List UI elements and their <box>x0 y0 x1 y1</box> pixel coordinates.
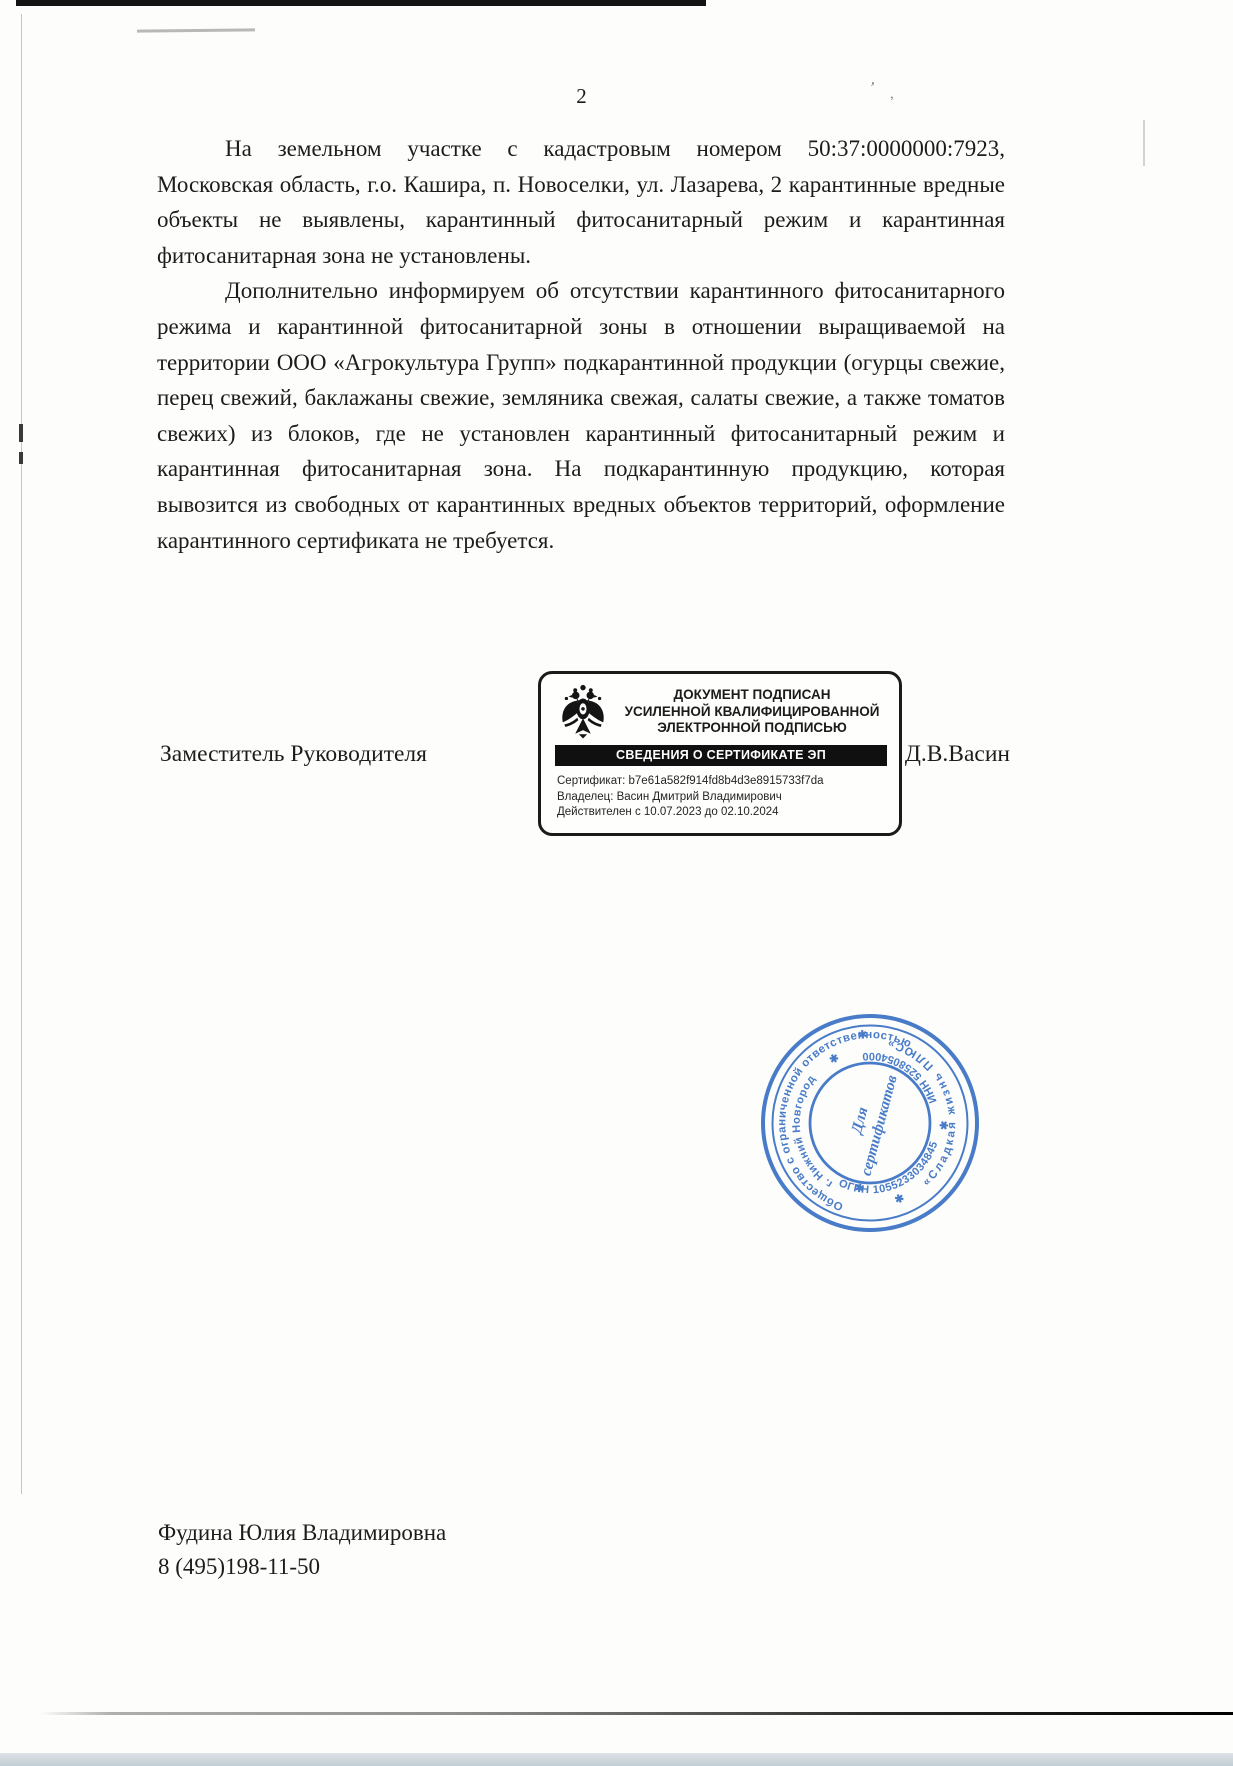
esig-certificate-validity: Действителен с 10.07.2023 до 02.10.2024 <box>557 805 892 821</box>
esig-header-line: УСИЛЕННОЙ КВАЛИФИЦИРОВАННОЙ <box>613 704 891 721</box>
scan-artifact-left-edge <box>21 14 22 1494</box>
esig-certificate-owner: Владелец: Васин Дмитрий Владимирович <box>557 790 892 806</box>
esig-certificate-number: Сертификат: b7e61a582f914fd8b4d3e8915733… <box>557 774 892 790</box>
scan-artifact-bottom-line <box>40 1712 1233 1715</box>
contact-phone: 8 (495)198-11-50 <box>158 1550 446 1584</box>
scan-artifact-left-dash <box>19 424 23 442</box>
electronic-signature-stamp: ДОКУМЕНТ ПОДПИСАН УСИЛЕННОЙ КВАЛИФИЦИРОВ… <box>538 671 902 836</box>
signatory-name: Д.В.Васин <box>905 741 1010 768</box>
signatory-title: Заместитель Руководителя <box>160 741 427 768</box>
stamp-separator: ✱ <box>893 1192 906 1207</box>
scan-artifact-left-dash <box>19 452 23 464</box>
scan-artifact-right-dash <box>1143 120 1145 166</box>
esig-header-line: ДОКУМЕНТ ПОДПИСАН <box>613 687 891 704</box>
svg-text:✱: ✱ <box>827 1052 841 1067</box>
scanned-document-page: ’ ‚ 2 На земельном участке с кадастровым… <box>0 0 1233 1766</box>
stamp-separator: ✱ <box>857 1029 867 1042</box>
svg-text:✱: ✱ <box>857 1029 867 1042</box>
page-number: 2 <box>0 84 1163 109</box>
stamp-separator: ✱ <box>827 1052 841 1067</box>
body-paragraph: На земельном участке с кадастровым номер… <box>157 131 1005 273</box>
footer-contact: Фудина Юлия Владимировна 8 (495)198-11-5… <box>158 1516 446 1583</box>
contact-name: Фудина Юлия Владимировна <box>158 1516 446 1550</box>
esig-header: ДОКУМЕНТ ПОДПИСАН УСИЛЕННОЙ КВАЛИФИЦИРОВ… <box>613 687 891 737</box>
document-body: На земельном участке с кадастровым номер… <box>157 131 1005 558</box>
scan-artifact-bottom-band <box>0 1753 1233 1766</box>
stamp-separator: ✱ <box>937 1121 949 1131</box>
svg-text:✱: ✱ <box>893 1192 906 1207</box>
company-round-stamp: Общество с ограниченной ответственностью… <box>740 993 1000 1253</box>
russian-eagle-emblem-icon <box>557 684 609 740</box>
body-paragraph: Дополнительно информируем об отсутствии … <box>157 273 1005 558</box>
svg-text:✱: ✱ <box>937 1121 949 1131</box>
esig-certificate-bar: СВЕДЕНИЯ О СЕРТИФИКАТЕ ЭП <box>555 745 887 766</box>
esig-header-line: ЭЛЕКТРОННОЙ ПОДПИСЬЮ <box>613 720 891 737</box>
esig-certificate-details: Сертификат: b7e61a582f914fd8b4d3e8915733… <box>557 774 892 821</box>
scan-artifact-streak <box>137 28 255 32</box>
scan-artifact-top-bar <box>16 0 706 6</box>
